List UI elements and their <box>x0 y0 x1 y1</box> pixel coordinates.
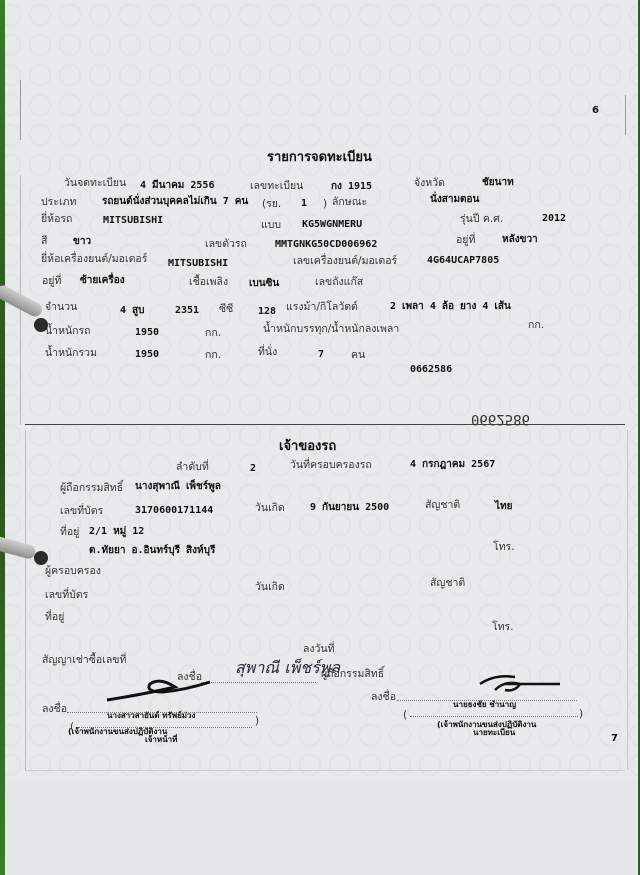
seats: 7 <box>318 350 324 360</box>
ry-value: 1 <box>301 199 307 209</box>
registrar-paren-line <box>410 716 578 717</box>
count-label: จำนวน <box>45 302 77 313</box>
lease-label: สัญญาเช่าซื้อเลขที่ <box>42 655 126 666</box>
ry-label: (รย. <box>262 199 281 210</box>
brand: MITSUBISHI <box>103 216 163 226</box>
page-bottom-margin <box>5 780 638 875</box>
possessor-birth-label: วันเกิด <box>255 582 285 593</box>
officer-name: นางสาวสายันต์ ทรัพย์ม่วง <box>107 712 195 720</box>
color: ขาว <box>73 237 91 247</box>
holder-role-label: ผู้ถือกรรมสิทธิ์ <box>321 669 384 680</box>
weight-unit: กก. <box>205 328 221 339</box>
persons-label: คน <box>351 350 365 361</box>
vehicle-type: รถยนต์นั่งส่วนบุคคลไม่เกิน 7 คน <box>102 197 248 207</box>
margin-mark <box>20 80 21 140</box>
registrar-open-paren: ( <box>403 710 407 721</box>
registrar-sign-label: ลงชื่อ <box>371 692 396 703</box>
gross-weight-unit: กก. <box>205 350 221 361</box>
possession-date-label: วันที่ครอบครองรถ <box>290 460 372 471</box>
engine-brand-label: ยี่ห้อเครื่องยนต์/มอเตอร์ <box>41 254 147 265</box>
type-label: ประเภท <box>41 197 76 208</box>
tel-label: โทร. <box>493 542 515 553</box>
sequence-label: ลำดับที่ <box>176 462 209 473</box>
engine-location: ซ้ายเครื่อง <box>80 276 125 286</box>
vin: MMTGNKG50CD006962 <box>275 240 377 250</box>
registration-page: 6 รายการจดทะเบียน วันจดทะเบียน 4 มีนาคม … <box>5 0 638 875</box>
cc-value: 2351 <box>175 306 199 316</box>
power-label: แรงม้า/กิโลวัตต์ <box>286 302 358 313</box>
style-label: ลักษณะ <box>332 197 367 208</box>
province: ชัยนาท <box>482 178 514 188</box>
vehicle-weight: 1950 <box>135 328 159 338</box>
document-number: 0662586 <box>410 365 452 375</box>
holder-sign-line <box>201 682 316 683</box>
body-style: นั่งสามตอน <box>430 195 479 205</box>
gross-weight-label: น้ำหนักรวม <box>45 348 97 359</box>
fold-line <box>25 424 625 425</box>
load-unit: กก. <box>528 320 544 331</box>
officer-signature-icon <box>105 672 215 707</box>
page-number-top: 6 <box>592 106 599 116</box>
birth-label: วันเกิด <box>255 503 285 514</box>
holder-label: ผู้ถือกรรมสิทธิ์ <box>60 483 123 494</box>
year-label: รุ่นปี ค.ศ. <box>460 214 503 225</box>
gas-tank-label: เลขถังแก๊ส <box>315 277 363 288</box>
vin-location-label: อยู่ที่ <box>456 235 475 246</box>
engine-brand: MITSUBISHI <box>168 259 228 269</box>
possessor-nationality-label: สัญชาติ <box>430 578 465 589</box>
fuel-label: เชื้อเพลิง <box>189 277 228 288</box>
fuel: เบนซิน <box>249 279 279 289</box>
cylinders: 4 สูบ <box>120 306 145 316</box>
possessor-id-label: เลขที่บัตร <box>45 590 88 601</box>
security-pattern <box>5 0 638 875</box>
officer-close-paren: ) <box>255 716 259 727</box>
registration-title: รายการจดทะเบียน <box>267 151 372 164</box>
load-label: น้ำหนักบรรทุก/น้ำหนักลงเพลา <box>263 324 399 335</box>
id-label: เลขที่บัตร <box>60 506 103 517</box>
reg-date: 4 มีนาคม 2556 <box>140 181 214 191</box>
plate-number: กง 1915 <box>331 182 372 192</box>
cc-label: ซีซี <box>219 304 233 315</box>
bottom-edge-line <box>25 770 625 771</box>
registrar-signature-icon <box>475 672 565 702</box>
vin-label: เลขตัวรถ <box>205 239 247 250</box>
officer-sign-label: ลงชื่อ <box>42 704 67 715</box>
engine-number: 4G64UCAP7805 <box>427 256 499 266</box>
left-frame-line <box>25 430 26 770</box>
margin-mark <box>625 95 626 135</box>
registrar-name: นายธงชัย ชำนาญ <box>453 701 516 709</box>
document-number-mirrored: 0662586 <box>471 412 530 426</box>
engine-no-label: เลขเครื่องยนต์/มอเตอร์ <box>293 256 397 267</box>
lease-date-label: ลงวันที่ <box>303 644 335 655</box>
possessor-tel-label: โทร. <box>492 622 514 633</box>
holder-name: นางสุพาณี เพ็ชร์พูล <box>135 482 221 492</box>
owner-title: เจ้าของรถ <box>279 440 336 453</box>
possessor-address-label: ที่อยู่ <box>45 612 64 623</box>
engine-location-label: อยู่ที่ <box>42 276 61 287</box>
seats-label: ที่นั่ง <box>258 347 277 358</box>
ry-close: ) <box>323 199 327 210</box>
address-line2: ต.ทัยยา อ.อินทร์บุรี สิงห์บุรี <box>89 546 215 556</box>
model-label: แบบ <box>261 220 281 231</box>
province-label: จังหวัด <box>414 178 445 189</box>
registrar-close-paren: ) <box>579 709 583 720</box>
gross-weight: 1950 <box>135 350 159 360</box>
sequence: 2 <box>250 464 256 474</box>
nationality-label: สัญชาติ <box>425 500 460 511</box>
weight-label: น้ำหนักรถ <box>45 326 91 337</box>
color-label: สี <box>41 236 47 247</box>
possession-date: 4 กรกฎาคม 2567 <box>410 460 495 470</box>
birth-date: 9 กันยายน 2500 <box>310 503 389 513</box>
model: KG5WGNMERU <box>302 220 362 230</box>
possessor-label: ผู้ครอบครอง <box>45 566 101 577</box>
vin-location: หลังขวา <box>502 235 538 245</box>
reg-date-label: วันจดทะเบียน <box>64 178 126 189</box>
brand-label: ยี่ห้อรถ <box>41 214 72 225</box>
model-year: 2012 <box>542 214 566 224</box>
nationality: ไทย <box>495 502 512 512</box>
id-number: 3170600171144 <box>135 506 213 516</box>
address-label: ที่อยู่ <box>60 527 79 538</box>
power-value: 128 <box>258 307 276 317</box>
axles-wheels: 2 เพลา 4 ล้อ ยาง 4 เส้น <box>390 302 511 312</box>
officer-title: เจ้าหน้าที่ <box>145 736 177 744</box>
page-number-bottom: 7 <box>611 734 618 744</box>
right-frame-line <box>627 430 628 770</box>
registrar-title: นายทะเบียน <box>473 729 515 737</box>
plate-label: เลขทะเบียน <box>250 181 303 192</box>
address-line1: 2/1 หมู่ 12 <box>89 527 144 537</box>
